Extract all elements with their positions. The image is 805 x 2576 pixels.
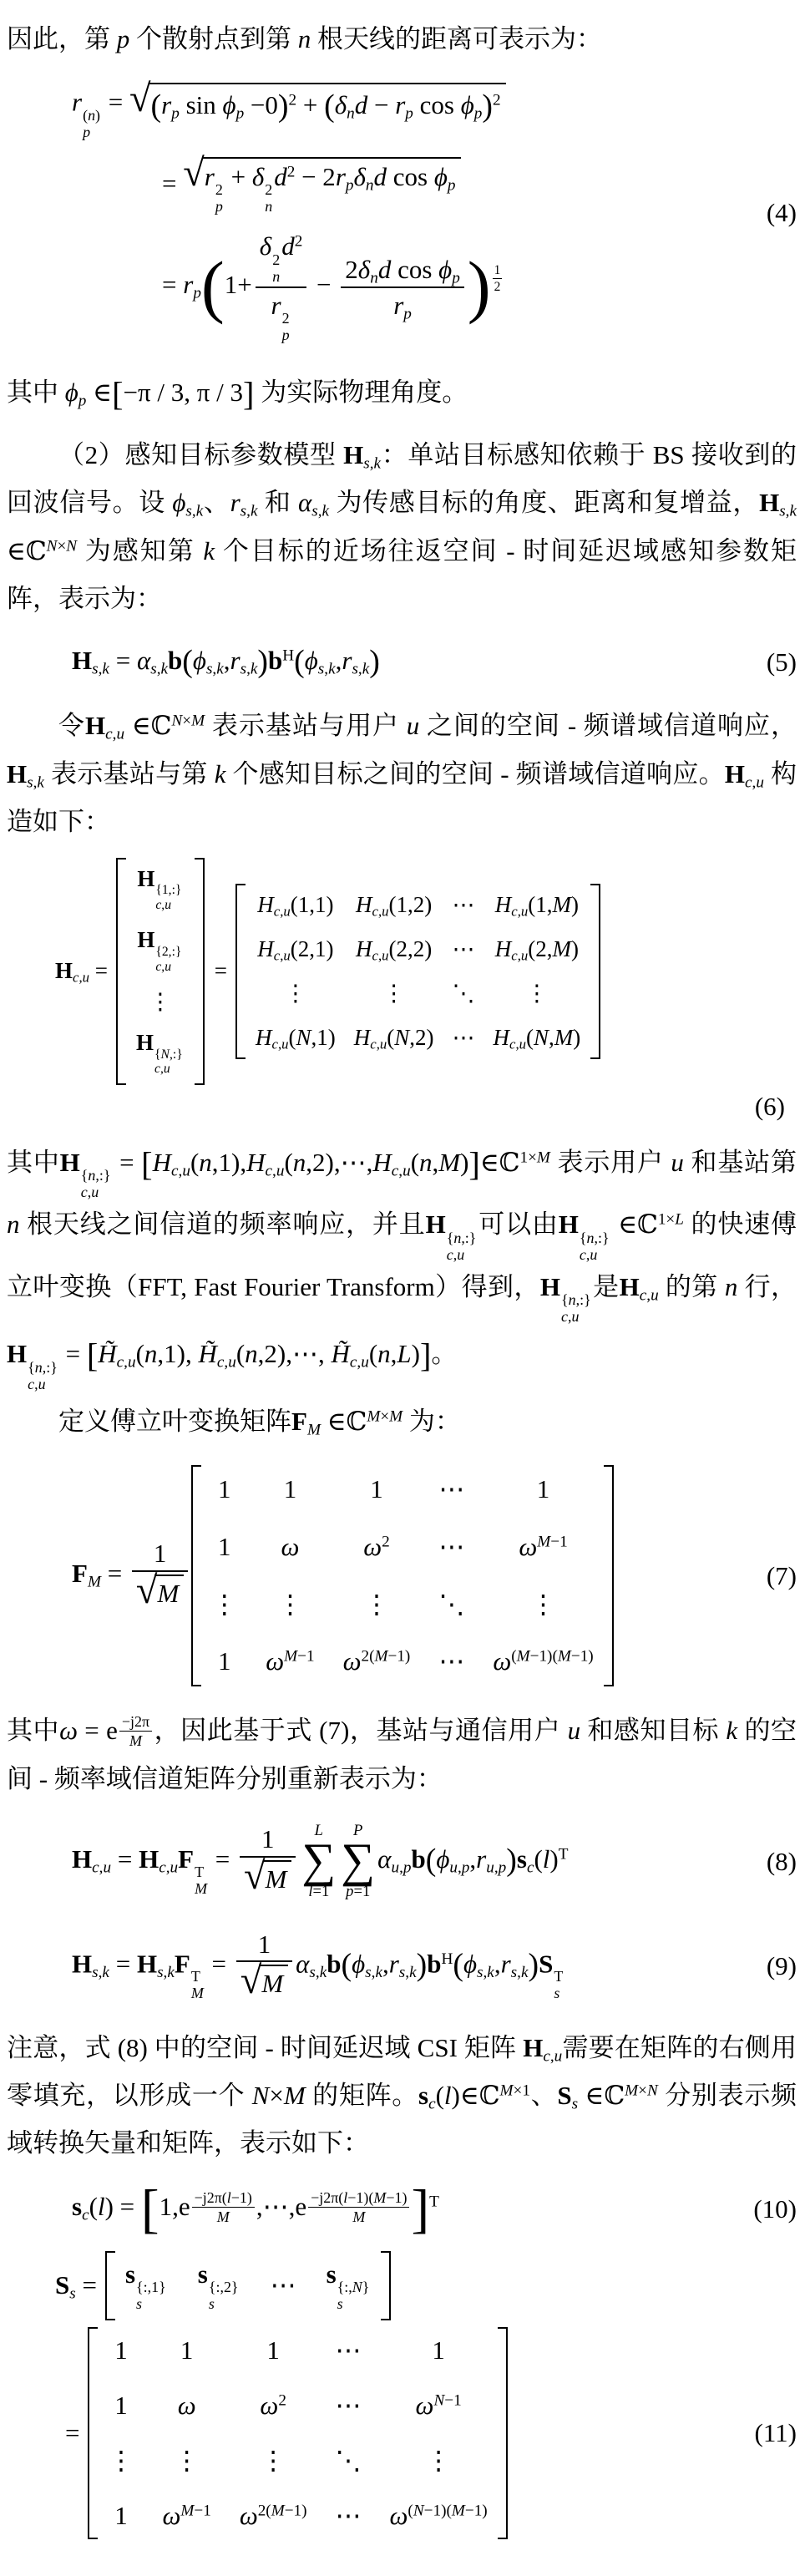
matrix-cell: Hc,u(N,M) bbox=[494, 1025, 581, 1051]
matrix-cell: ⋮ bbox=[211, 1589, 237, 1621]
matrix-cell: Hc,u(2,2) bbox=[356, 936, 432, 962]
equation-4-body: r(n)p = √(rp sin ϕp −0)2 + (δnd − rp cos… bbox=[7, 74, 732, 352]
equation-8-number: (8) bbox=[732, 1847, 797, 1877]
matrix-grid: 111⋯11ωω2⋯ωM−1⋮⋮⋮⋱⋮1ωM−1ω2(M−1)⋯ω(M−1)(M… bbox=[203, 1465, 601, 1686]
matrix-bracket-right bbox=[590, 884, 600, 1059]
paragraph-fourier-matrix-intro: 定义傅立叶变换矩阵FM ∈ℂM×M 为： bbox=[7, 1397, 797, 1445]
paragraph-sensing-model: （2）感知目标参数模型 Hs,k：单站目标感知依赖于 BS 接收到的回波信号。设… bbox=[7, 431, 797, 622]
matrix-cell: 1 bbox=[370, 1473, 383, 1506]
matrix-cell: ⋮ bbox=[108, 2446, 134, 2476]
equation-5-line: Hs,k = αs,kb(ϕs,k,rs,k)bH(ϕs,k,rs,k) bbox=[72, 642, 380, 682]
matrix-cell: ⋮ bbox=[525, 981, 548, 1007]
matrix-cell: 1 bbox=[114, 2501, 128, 2531]
paper-page: 因此，第 p 个散射点到第 n 根天线的距离可表示为： r(n)p = √(rp… bbox=[0, 0, 805, 2576]
matrix-cell: ωM−1 bbox=[266, 1645, 314, 1678]
equation-8: Hc,u = Hc,uFTM = 1√ML∑l=1P∑p=1αu,pb(ϕu,p… bbox=[7, 1814, 797, 1909]
matrix-cell: ⋮ bbox=[530, 1589, 556, 1621]
matrix-cell: ⋯ bbox=[336, 2391, 362, 2421]
matrix-cell: Hc,u(N,2) bbox=[354, 1025, 434, 1051]
equation-5-number: (5) bbox=[732, 647, 797, 677]
matrix-cell: 1 bbox=[114, 2391, 128, 2421]
matrix-bracket-left bbox=[235, 884, 246, 1059]
matrix-cell: 1 bbox=[218, 1473, 231, 1506]
equation-11-lhs: Ss = bbox=[55, 2270, 97, 2300]
matrix-cell: ⋮ bbox=[363, 1589, 389, 1621]
equation-6-row: Hc,u = H{1,:}c,uH{2,:}c,u⋮H{N,:}c,u = Hc… bbox=[7, 858, 797, 1085]
matrix-cell: 1 bbox=[432, 2335, 445, 2366]
matrix-bracket-left bbox=[191, 1465, 201, 1686]
matrix-bracket-right bbox=[498, 2327, 508, 2539]
paragraph-channel-response: 令Hc,u ∈ℂN×M 表示基站与用户 u 之间的空间 - 频谱域信道响应，Hs… bbox=[7, 702, 797, 845]
matrix-bracket-left bbox=[105, 2251, 115, 2320]
equation-6-number: (6) bbox=[7, 1092, 797, 1122]
matrix-cell: ⋱ bbox=[336, 2446, 362, 2476]
matrix-cell: ⋱ bbox=[438, 1589, 464, 1621]
equation-10-number: (10) bbox=[732, 2194, 797, 2224]
matrix-cell: Hc,u(2,1) bbox=[257, 936, 333, 962]
equation-7: FM = 1√M111⋯11ωω2⋯ωM−1⋮⋮⋮⋱⋮1ωM−1ω2(M−1)⋯… bbox=[7, 1457, 797, 1695]
matrix-cell: 1 bbox=[284, 1473, 297, 1506]
matrix-cell: ⋯ bbox=[453, 936, 475, 962]
matrix-cell: ω2 bbox=[260, 2391, 286, 2421]
paragraph-row-definition: 其中H{n,:}c,u = [Hc,u(n,1),Hc,u(n,2),⋯,Hc,… bbox=[7, 1133, 797, 1392]
equation-7-body: FM = 1√M111⋯11ωω2⋯ωM−1⋮⋮⋮⋱⋮1ωM−1ω2(M−1)⋯… bbox=[7, 1457, 732, 1695]
equation-6-equals: = bbox=[215, 958, 227, 984]
equation-5: Hs,k = αs,kb(ϕs,k,rs,k)bH(ϕs,k,rs,k) (5) bbox=[7, 634, 797, 690]
equation-5-body: Hs,k = αs,kb(ϕs,k,rs,k)bH(ϕs,k,rs,k) bbox=[7, 634, 732, 690]
matrix-cell: 1 bbox=[114, 2335, 128, 2366]
matrix-cell: ⋯ bbox=[438, 1473, 464, 1506]
matrix-cell: ω(N−1)(M−1) bbox=[390, 2501, 488, 2531]
matrix-grid: s{:,1}ss{:,2}s⋯s{:,N}s bbox=[117, 2251, 379, 2320]
matrix-cell: 1 bbox=[180, 2335, 194, 2366]
matrix-cell: ⋯ bbox=[271, 2270, 296, 2300]
equation-6-matrix: Hc,u(1,1)Hc,u(1,2)⋯Hc,u(1,M)Hc,u(2,1)Hc,… bbox=[235, 884, 600, 1059]
equation-9-number: (9) bbox=[732, 1951, 797, 1981]
equation-10-body: sc(l) = [1,e−j2π(l−1)M,⋯,e−j2π(l−1)(M−1)… bbox=[7, 2179, 732, 2239]
equation-11-row-vector: s{:,1}ss{:,2}s⋯s{:,N}s bbox=[105, 2251, 391, 2320]
matrix-cell: ω2 bbox=[363, 1531, 390, 1564]
equation-11-matrix: 111⋯11ωω2⋯ωN−1⋮⋮⋮⋱⋮1ωM−1ω2(M−1)⋯ω(N−1)(M… bbox=[88, 2327, 507, 2539]
equation-11: Ss = s{:,1}ss{:,2}s⋯s{:,N}s = 111⋯11ωω2⋯… bbox=[7, 2251, 797, 2539]
matrix-cell: ω2(M−1) bbox=[240, 2501, 307, 2531]
matrix-cell: ⋮ bbox=[174, 2446, 200, 2476]
paragraph-zero-padding-note: 注意，式 (8) 中的空间 - 时间延迟域 CSI 矩阵 Hc,u需要在矩阵的右… bbox=[7, 2024, 797, 2168]
equation-6-column-vector: H{1,:}c,uH{2,:}c,u⋮H{N,:}c,u bbox=[116, 858, 205, 1085]
matrix-bracket-left bbox=[88, 2327, 98, 2539]
matrix-cell: ⋮ bbox=[149, 989, 171, 1015]
paragraph-angle-range: 其中 ϕp ∈[−π / 3, π / 3] 为实际物理角度。 bbox=[7, 363, 797, 426]
matrix-grid: 111⋯11ωω2⋯ωN−1⋮⋮⋮⋱⋮1ωM−1ω2(M−1)⋯ω(N−1)(M… bbox=[99, 2327, 495, 2539]
matrix-cell: ω(M−1)(M−1) bbox=[493, 1645, 593, 1678]
matrix-cell: 1 bbox=[537, 1473, 550, 1506]
matrix-cell: ω bbox=[178, 2391, 196, 2421]
matrix-cell: Hc,u(2,M) bbox=[495, 936, 579, 962]
equation-9-body: Hs,k = Hs,kFTM = 1√Mαs,kb(ϕs,k,rs,k)bH(ϕ… bbox=[7, 1921, 732, 2012]
equation-4-line-3: = rp(1+δ2nd2r2p − 2δnd cos ϕprp)12 bbox=[162, 231, 502, 343]
matrix-cell: ω2(M−1) bbox=[343, 1645, 411, 1678]
matrix-cell: s{:,N}s bbox=[327, 2259, 372, 2312]
matrix-cell: ⋯ bbox=[336, 2335, 362, 2366]
matrix-cell: ⋮ bbox=[284, 981, 306, 1007]
equation-11-row-2: = 111⋯11ωω2⋯ωN−1⋮⋮⋮⋱⋮1ωM−1ω2(M−1)⋯ω(N−1)… bbox=[7, 2327, 797, 2539]
equation-4-line-1: r(n)p = √(rp sin ϕp −0)2 + (δnd − rp cos… bbox=[72, 83, 506, 140]
matrix-cell: ωM−1 bbox=[519, 1531, 567, 1564]
equation-10-line: sc(l) = [1,e−j2π(l−1)M,⋯,e−j2π(l−1)(M−1)… bbox=[72, 2188, 439, 2231]
matrix-cell: ⋯ bbox=[438, 1645, 464, 1678]
matrix-cell: ⋯ bbox=[453, 1025, 475, 1051]
equation-10: sc(l) = [1,e−j2π(l−1)M,⋯,e−j2π(l−1)(M−1)… bbox=[7, 2179, 797, 2239]
equation-7-line: FM = 1√M111⋯11ωω2⋯ωM−1⋮⋮⋮⋱⋮1ωM−1ω2(M−1)⋯… bbox=[72, 1465, 614, 1686]
paragraph-distance-intro: 因此，第 p 个散射点到第 n 根天线的距离可表示为： bbox=[7, 15, 797, 63]
matrix-cell: s{:,1}s bbox=[125, 2259, 168, 2312]
matrix-cell: Hc,u(1,M) bbox=[495, 892, 579, 918]
equation-7-number: (7) bbox=[732, 1561, 797, 1591]
equation-6-lhs: Hc,u = bbox=[55, 958, 108, 984]
equation-11-number: (11) bbox=[755, 2418, 797, 2448]
matrix-cell: 1 bbox=[218, 1531, 231, 1564]
matrix-cell: s{:,2}s bbox=[198, 2259, 240, 2312]
equation-4-line-2: = √r2p + δ2nd2 − 2rpδnd cos ϕp bbox=[162, 157, 461, 215]
equation-4: r(n)p = √(rp sin ϕp −0)2 + (δnd − rp cos… bbox=[7, 74, 797, 352]
matrix-cell: H{N,:}c,u bbox=[136, 1030, 185, 1077]
matrix-bracket-left bbox=[116, 858, 126, 1085]
matrix-cell: 1 bbox=[266, 2335, 280, 2366]
matrix-cell: ⋱ bbox=[453, 981, 475, 1007]
matrix-cell: ⋯ bbox=[336, 2501, 362, 2531]
matrix-bracket-right bbox=[195, 858, 205, 1085]
equation-11-row-1: Ss = s{:,1}ss{:,2}s⋯s{:,N}s bbox=[7, 2251, 797, 2320]
equation-7-matrix: 111⋯11ωω2⋯ωM−1⋮⋮⋮⋱⋮1ωM−1ω2(M−1)⋯ω(M−1)(M… bbox=[191, 1465, 613, 1686]
matrix-cell: 1 bbox=[218, 1645, 231, 1678]
paragraph-omega-definition: 其中ω = e−j2πM，因此基于式 (7)，基站与通信用户 u 和感知目标 k… bbox=[7, 1706, 797, 1803]
matrix-cell: ωM−1 bbox=[162, 2501, 210, 2531]
matrix-cell: Hc,u(1,1) bbox=[257, 892, 333, 918]
equation-8-line: Hc,u = Hc,uFTM = 1√ML∑l=1P∑p=1αu,pb(ϕu,p… bbox=[72, 1823, 568, 1901]
equation-4-number: (4) bbox=[732, 198, 797, 228]
equation-8-body: Hc,u = Hc,uFTM = 1√ML∑l=1P∑p=1αu,pb(ϕu,p… bbox=[7, 1814, 732, 1909]
matrix-cell: H{1,:}c,u bbox=[137, 866, 183, 913]
equation-6: Hc,u = H{1,:}c,uH{2,:}c,u⋮H{N,:}c,u = Hc… bbox=[7, 858, 797, 1122]
matrix-grid: Hc,u(1,1)Hc,u(1,2)⋯Hc,u(1,M)Hc,u(2,1)Hc,… bbox=[247, 884, 589, 1059]
matrix-cell: ⋮ bbox=[277, 1589, 303, 1621]
equation-9: Hs,k = Hs,kFTM = 1√Mαs,kb(ϕs,k,rs,k)bH(ϕ… bbox=[7, 1921, 797, 2012]
equation-11-equals: = bbox=[65, 2418, 79, 2448]
equation-9-line: Hs,k = Hs,kFTM = 1√Mαs,kb(ϕs,k,rs,k)bH(ϕ… bbox=[72, 1929, 565, 2004]
matrix-cell: H{2,:}c,u bbox=[137, 927, 183, 974]
matrix-cell: Hc,u(1,2) bbox=[356, 892, 432, 918]
matrix-cell: ⋮ bbox=[426, 2446, 452, 2476]
matrix-cell: Hc,u(N,1) bbox=[256, 1025, 336, 1051]
equation-7-lhs: FM = 1√M bbox=[72, 1559, 191, 1588]
matrix-cell: ⋯ bbox=[438, 1531, 464, 1564]
matrix-cell: ωN−1 bbox=[416, 2391, 462, 2421]
matrix-cell: ω bbox=[281, 1531, 300, 1564]
matrix-cell: ⋮ bbox=[261, 2446, 286, 2476]
matrix-bracket-right bbox=[604, 1465, 614, 1686]
matrix-grid: H{1,:}c,uH{2,:}c,u⋮H{N,:}c,u bbox=[128, 858, 193, 1085]
matrix-bracket-right bbox=[381, 2251, 391, 2320]
matrix-cell: ⋯ bbox=[453, 892, 475, 918]
matrix-cell: ⋮ bbox=[382, 981, 405, 1007]
